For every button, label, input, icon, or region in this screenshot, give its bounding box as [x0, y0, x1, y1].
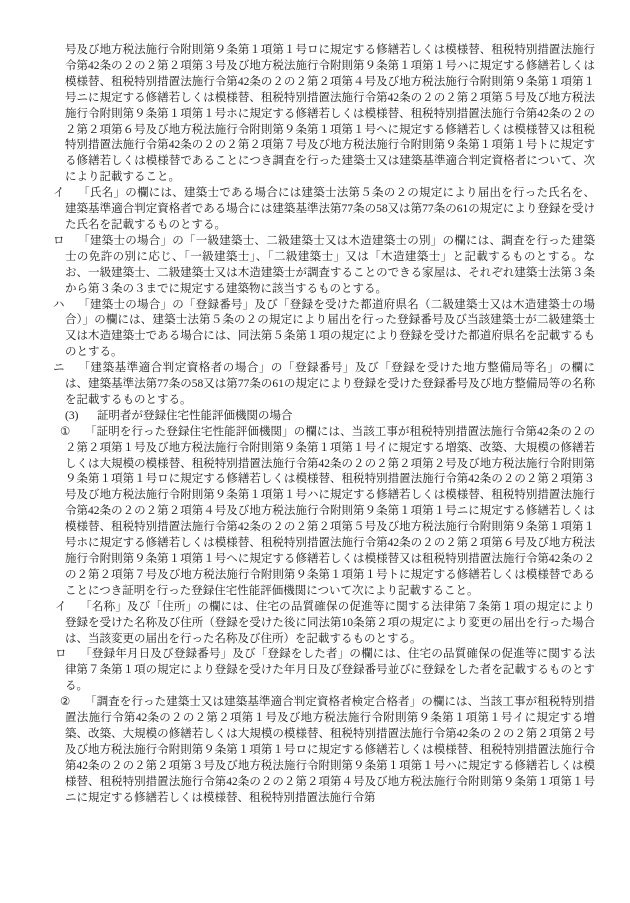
- clause-continuation-paragraph: 号及び地方税法施行令附則第９条第１項第１号ロに規定する修繕若しくは模様替、租税特…: [65, 43, 595, 186]
- item-ha-tourokubangou: ハ「建築士の場合」の「登録番号」及び「登録を受けた都道府県名（二級建築士又は木造…: [65, 298, 595, 362]
- heading-3-shoumeisha: (3)証明者が登録住宅性能評価機関の場合: [65, 409, 595, 425]
- clause-maru2-label: ②: [60, 695, 85, 711]
- item-ro-label: ロ: [53, 234, 78, 250]
- item-ha-text: 「建築士の場合」の「登録番号」及び「登録を受けた都道府県名（二級建築士又は木造建…: [65, 299, 595, 359]
- item-ni-text: 「建築基準適合判定資格者の場合」の「登録番号」及び「登録を受けた地方整備局等名」…: [65, 362, 595, 406]
- clause-maru1: ①「証明を行った登録住宅性能評価機関」の欄には、当該工事が租税特別措置法施行令第…: [65, 425, 595, 600]
- item-ha-label: ハ: [53, 298, 78, 314]
- heading-3-label: (3): [65, 409, 97, 425]
- document-page: 号及び地方税法施行令附則第９条第１項第１号ロに規定する修繕若しくは模様替、租税特…: [0, 0, 630, 903]
- item-ni-label: ニ: [53, 361, 78, 377]
- clause-maru1-label: ①: [60, 425, 85, 441]
- sub-item-ro-touroku: ロ「登録年月日及び登録番号」及び「登録をした者」の欄には、住宅の品質確保の促進等…: [65, 647, 595, 695]
- item-ro-text: 「建築士の場合」の「一級建築士、二級建築士又は木造建築士の別」の欄には、調査を行…: [65, 235, 595, 295]
- sub-item-i-text: 「名称」及び「住所」の欄には、住宅の品質確保の促進等に関する法律第７条第１項の規…: [65, 601, 595, 645]
- clause-maru2-text: 「調査を行った建築士又は建築基準適合判定資格者検定合格者」の欄には、当該工事が租…: [65, 696, 595, 803]
- item-i-text: 「氏名」の欄には、建築士である場合には建築士法第５条の２の規定により届出を行った…: [65, 187, 595, 231]
- item-i-shimei: イ「氏名」の欄には、建築士である場合には建築士法第５条の２の規定により届出を行っ…: [65, 186, 595, 234]
- heading-3-text: 証明者が登録住宅性能評価機関の場合: [97, 410, 293, 422]
- sub-item-i-meishou: イ「名称」及び「住所」の欄には、住宅の品質確保の促進等に関する法律第７条第１項の…: [65, 600, 595, 648]
- sub-item-i-label: イ: [55, 600, 80, 616]
- clause-maru2: ②「調査を行った建築士又は建築基準適合判定資格者検定合格者」の欄には、当該工事が…: [65, 695, 595, 806]
- clause-maru1-text: 「証明を行った登録住宅性能評価機関」の欄には、当該工事が租税特別措置法施行令第4…: [65, 426, 595, 597]
- item-ro-kenchikushi: ロ「建築士の場合」の「一級建築士、二級建築士又は木造建築士の別」の欄には、調査を…: [65, 234, 595, 298]
- document-text-block: 号及び地方税法施行令附則第９条第１項第１号ロに規定する修繕若しくは模様替、租税特…: [65, 43, 595, 807]
- sub-item-ro-label: ロ: [55, 647, 80, 663]
- item-i-label: イ: [53, 186, 78, 202]
- sub-item-ro-text: 「登録年月日及び登録番号」及び「登録をした者」の欄には、住宅の品質確保の促進等に…: [65, 648, 595, 692]
- item-ni-shikakusha: ニ「建築基準適合判定資格者の場合」の「登録番号」及び「登録を受けた地方整備局等名…: [65, 361, 595, 409]
